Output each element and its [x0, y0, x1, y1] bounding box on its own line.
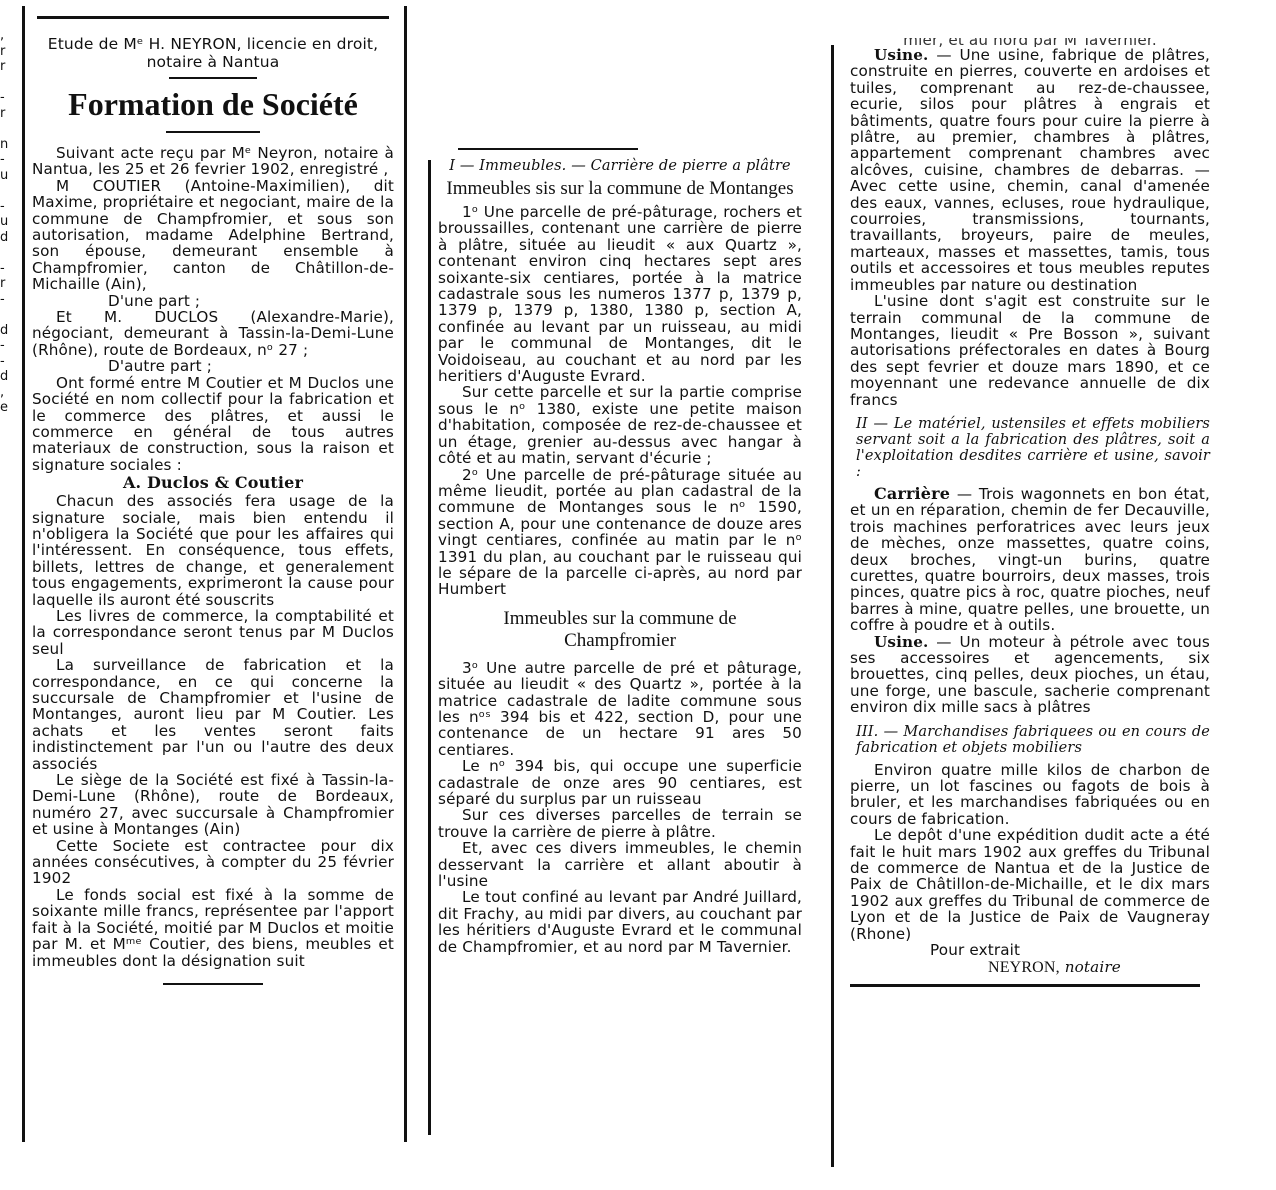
- column-rule-mid-left: [404, 6, 407, 1142]
- paragraph: Suivant acte reçu par Mᵉ Neyron, notaire…: [32, 145, 394, 178]
- pour-extrait: Pour extrait: [850, 942, 1210, 958]
- paragraph: Le siège de la Société est fixé à Tassin…: [32, 772, 394, 838]
- usine2-label: Usine.: [874, 633, 928, 651]
- subheading-champfromier: Immeubles sur la commune de Champfromier: [438, 608, 802, 652]
- paragraph: Le depôt d'une expédition dudit acte a é…: [850, 827, 1210, 942]
- paragraph: Le tout confiné au levant par André Juil…: [438, 889, 802, 955]
- carriere-paragraph: Carrière — Trois wagonnets en bon état, …: [850, 486, 1210, 634]
- paragraph: Et M. DUCLOS (Alexandre-Marie), négocian…: [32, 309, 394, 358]
- paragraph: Les livres de commerce, la comptabilité …: [32, 608, 394, 657]
- paragraph: Sur ces diverses parcelles de terrain se…: [438, 807, 802, 840]
- signature: NEYRON, notaire: [850, 959, 1210, 976]
- paragraph: Le nᵒ 394 bis, qui occupe une superficie…: [438, 758, 802, 807]
- signature-title: notaire: [1065, 958, 1121, 976]
- firm-name: A. Duclos & Coutier: [32, 473, 394, 493]
- section-II-heading: II — Le matériel, ustensiles et effets m…: [850, 416, 1210, 480]
- paragraph: Ont formé entre M Coutier et M Duclos un…: [32, 375, 394, 473]
- paragraph: Sur cette parcelle et sur la partie comp…: [438, 384, 802, 466]
- column-1: Etude de Mᵉ H. NEYRON, licencie en droit…: [32, 16, 394, 985]
- usine-text: — Une usine, fabrique de plâtres, constr…: [850, 46, 1210, 294]
- bottom-rule: [163, 983, 263, 985]
- subheading-montanges: Immeubles sis sur la commune de Montange…: [438, 178, 802, 200]
- dune-part: D'une part ;: [32, 293, 394, 309]
- paragraph: 2ᵒ Une parcelle de pré-pâturage située a…: [438, 467, 802, 598]
- section-III-heading: III. — Marchandises fabriquees ou en cou…: [850, 724, 1210, 756]
- column-rule-middle-inner: [428, 160, 431, 1135]
- usine2-paragraph: Usine. — Un moteur à pétrole avec tous s…: [850, 634, 1210, 716]
- paragraph: La surveillance de fabrication et la cor…: [32, 657, 394, 772]
- title-rule: [166, 131, 260, 133]
- signature-name: NEYRON,: [988, 959, 1060, 976]
- margin-fragments: , r r - r n - u - u d - r - d - - d , e: [0, 28, 14, 416]
- column-2: I — Immeubles. — Carrière de pierre a pl…: [438, 148, 802, 955]
- dautre-part: D'autre part ;: [32, 358, 394, 374]
- paragraph: Cette Societe est contractee pour dix an…: [32, 838, 394, 887]
- paragraph: 3ᵒ Une autre parcelle de pré et pâturage…: [438, 660, 802, 758]
- header-rule: [169, 77, 257, 79]
- paragraph: Environ quatre mille kilos de charbon de…: [850, 762, 1210, 828]
- column-rule-right: [831, 45, 834, 1167]
- end-rule: [850, 984, 1200, 987]
- paragraph: Le fonds social est fixé à la somme de s…: [32, 887, 394, 969]
- usine-paragraph: Usine. — Une usine, fabrique de plâtres,…: [850, 47, 1210, 293]
- carriere-label: Carrière: [874, 484, 950, 503]
- section-heading: I — Immeubles. — Carrière de pierre a pl…: [438, 158, 802, 174]
- notary-header: Etude de Mᵉ H. NEYRON, licencie en droit…: [32, 35, 394, 71]
- paragraph: M COUTIER (Antoine-Maximilien), dit Maxi…: [32, 178, 394, 293]
- usine-label: Usine.: [874, 46, 928, 64]
- top-rule: [37, 16, 389, 19]
- column-3: mier, et au nord par M Tavernier. Usine.…: [850, 38, 1210, 987]
- carriere-text: — Trois wagonnets en bon état, et un en …: [850, 485, 1210, 634]
- column-rule-left: [22, 6, 25, 1142]
- paragraph: L'usine dont s'agit est construite sur l…: [850, 293, 1210, 408]
- paragraph: Et, avec ces divers immeubles, le chemin…: [438, 840, 802, 889]
- section-top-rule: [458, 148, 638, 150]
- page-title: Formation de Société: [32, 85, 394, 123]
- paragraph: Chacun des associés fera usage de la sig…: [32, 493, 394, 608]
- paragraph: 1ᵒ Une parcelle de pré-pâturage, rochers…: [438, 204, 802, 384]
